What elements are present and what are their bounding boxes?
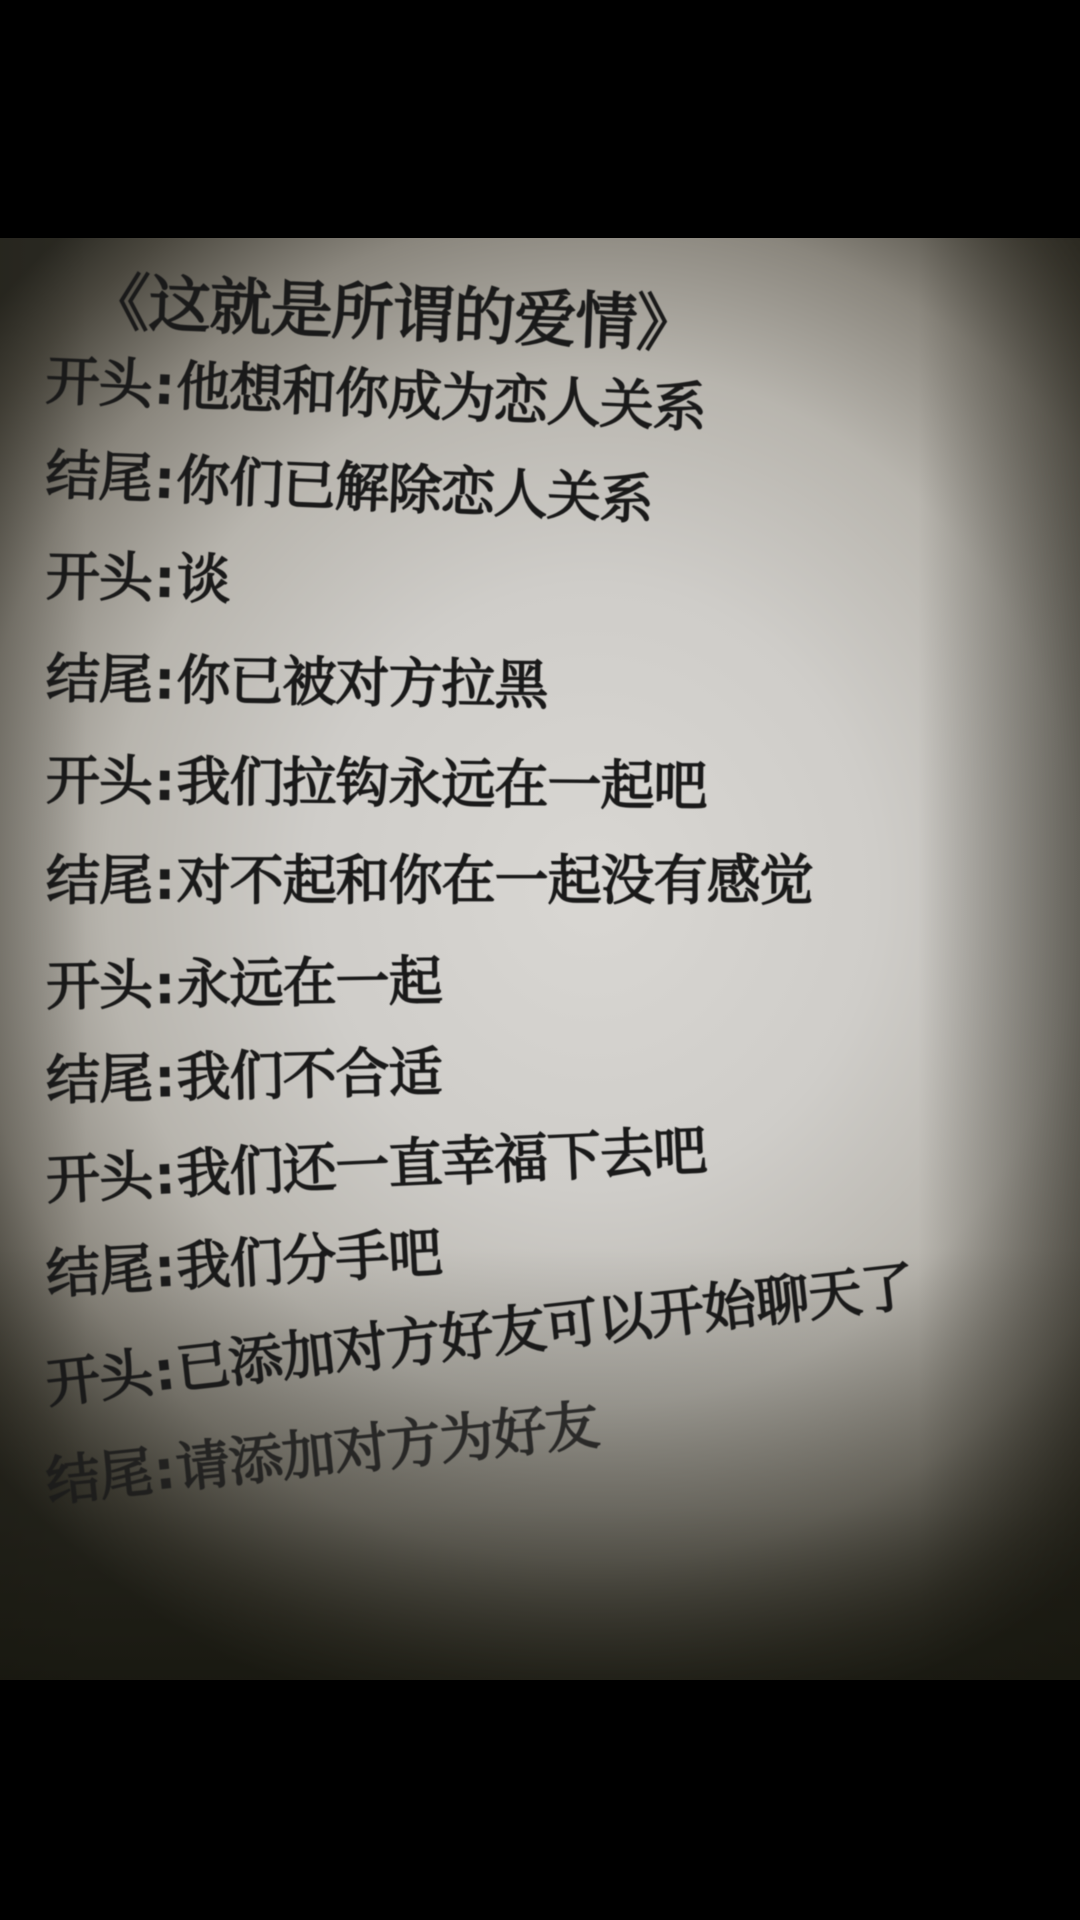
line-content: 我们拉钩永远在一起吧 xyxy=(176,750,707,818)
line-prefix: 开头 xyxy=(45,1144,154,1212)
line-prefix: 结尾 xyxy=(43,1440,155,1514)
text-line: 开头:谈 xyxy=(45,534,230,614)
text-line: 结尾:对不起和你在一起没有感觉 xyxy=(46,838,813,915)
line-content: 你已被对方拉黑 xyxy=(176,649,548,717)
line-prefix: 开头 xyxy=(46,749,153,813)
text-line: 开头:我们还一直幸福下去吧 xyxy=(44,1108,707,1215)
line-content: 我们分手吧 xyxy=(175,1221,443,1299)
text-line: 开头:我们拉钩永远在一起吧 xyxy=(46,738,707,821)
line-content: 永远在一起 xyxy=(176,949,442,1016)
line-prefix: 结尾 xyxy=(44,1237,153,1306)
line-content: 对不起和你在一起没有感觉 xyxy=(177,849,813,912)
line-prefix: 结尾 xyxy=(45,443,154,510)
line-content: 谈 xyxy=(176,547,230,611)
line-prefix: 结尾 xyxy=(46,849,152,912)
line-prefix: 开头 xyxy=(43,1341,155,1416)
line-prefix: 结尾 xyxy=(46,647,153,711)
line-prefix: 开头 xyxy=(45,349,154,416)
line-content: 你们已解除恋人关系 xyxy=(175,448,654,531)
text-line: 开头:永远在一起 xyxy=(45,938,442,1021)
image-frame: 《这就是所谓的爱情》 开头:他想和你成为恋人关系 结尾:你们已解除恋人关系 开头… xyxy=(0,0,1080,1920)
text-line: 结尾:我们不合适 xyxy=(45,1030,442,1115)
line-prefix: 开头 xyxy=(46,954,153,1018)
line-prefix: 开头 xyxy=(45,545,152,610)
text-line: 结尾:你们已解除恋人关系 xyxy=(44,432,654,534)
line-content: 我们还一直幸福下去吧 xyxy=(175,1119,707,1206)
line-prefix: 结尾 xyxy=(45,1047,152,1112)
line-content: 他想和你成为恋人关系 xyxy=(175,354,707,439)
line-content: 我们不合适 xyxy=(176,1041,442,1110)
paper-photo: 《这就是所谓的爱情》 开头:他想和你成为恋人关系 结尾:你们已解除恋人关系 开头… xyxy=(0,238,1080,1680)
text-line: 结尾:你已被对方拉黑 xyxy=(45,636,548,720)
line-content: 请添加对方为好友 xyxy=(173,1393,601,1500)
text-line: 结尾:我们分手吧 xyxy=(44,1210,443,1309)
